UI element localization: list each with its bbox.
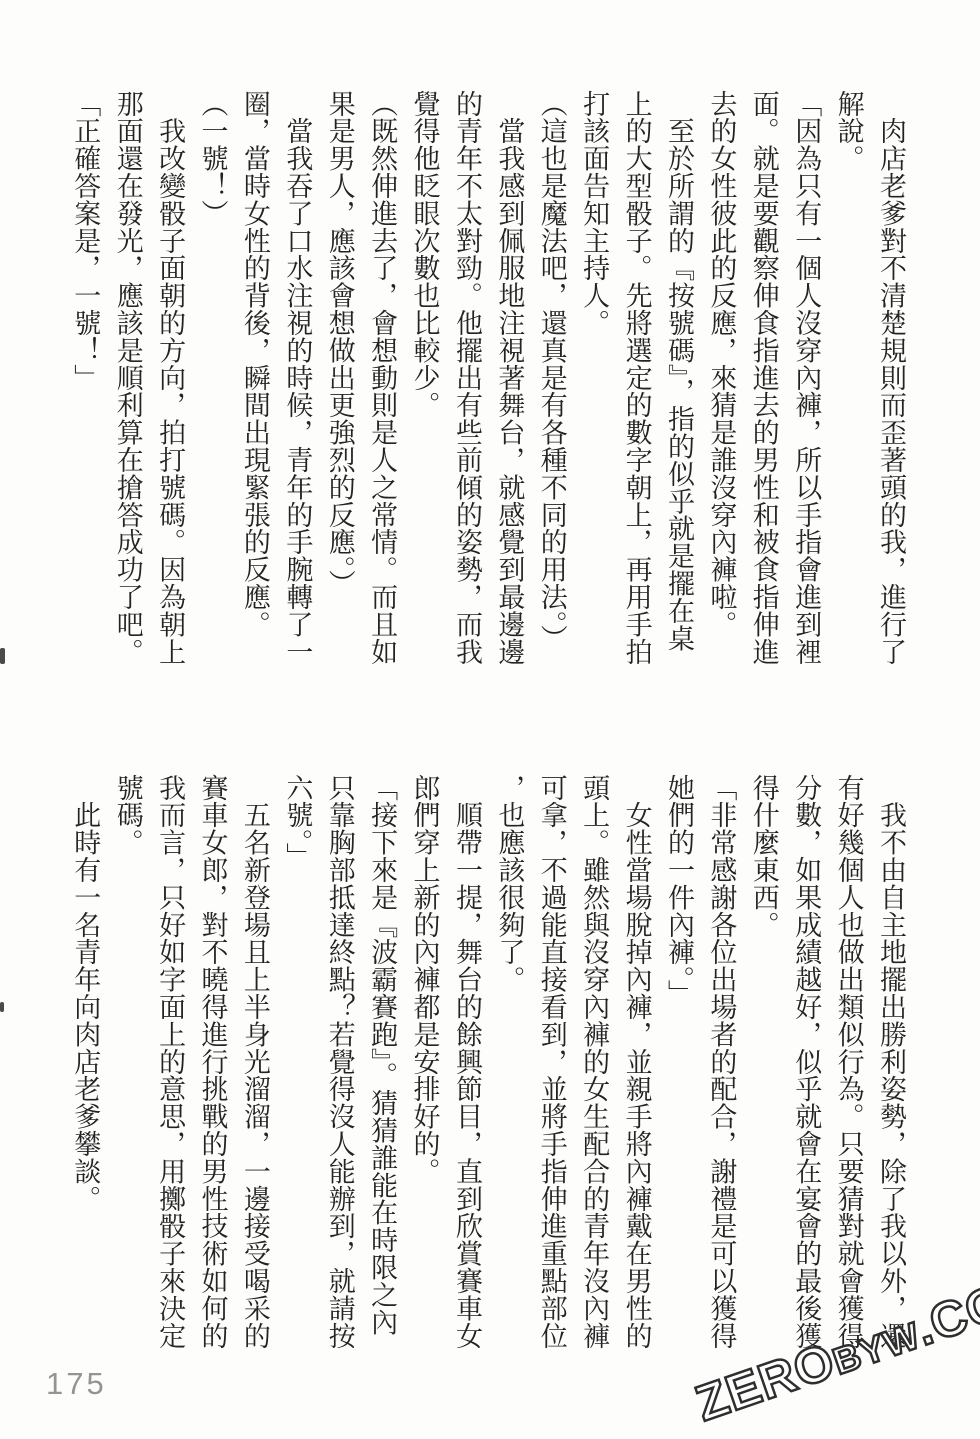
text-column: （既然伸進去了，會想動則是人之常情。而且如 [361, 90, 403, 672]
text-column: 「正確答案是，一號！」 [64, 90, 106, 672]
text-column: 「因為只有一個人沒穿內褲，所以手指會進到裡 [785, 90, 827, 672]
text-column: 六號。」 [276, 774, 318, 1356]
text-column: 她們的一件內褲。」 [658, 774, 700, 1356]
text-column: 賽車女郎，對不曉得進行挑戰的男性技術如何的 [191, 774, 233, 1356]
text-column: 圈，當時女性的背後，瞬間出現緊張的反應。 [234, 90, 276, 672]
scan-artifact [0, 1002, 4, 1012]
text-column: （一號！） [191, 90, 233, 672]
text-column: 「接下來是『波霸賽跑』。猜猜誰能在時限之內 [361, 774, 403, 1356]
text-column: 郎們穿上新的內褲都是安排好的。 [403, 774, 445, 1356]
text-column: 「非常感謝各位出場者的配合，謝禮是可以獲得 [700, 774, 742, 1356]
text-column: 五名新登場且上半身光溜溜，一邊接受喝采的 [234, 774, 276, 1356]
text-column: 去的女性彼此的反應，來猜是誰沒穿內褲啦。 [700, 90, 742, 672]
text-column: 解說。 [827, 90, 869, 672]
text-column: 此時有一名青年向肉店老爹攀談。 [64, 774, 106, 1356]
text-column: 的青年不太對勁。他擺出有些前傾的姿勢，而我 [446, 90, 488, 672]
bottom-text-block: 我不由自主地擺出勝利姿勢，除了我以外，還有好幾個人也做出類似行為。只要猜對就會獲… [64, 774, 912, 1356]
text-column: 分數，如果成績越好，似乎就會在宴會的最後獲 [785, 774, 827, 1356]
text-column: 當我感到佩服地注視著舞台，就感覺到最邊邊 [488, 90, 530, 672]
scan-artifact [0, 648, 5, 664]
text-column: 面。就是要觀察伸食指進去的男性和被食指伸進 [742, 90, 784, 672]
page-number: 175 [46, 1366, 107, 1402]
text-column: 我不由自主地擺出勝利姿勢，除了我以外，還 [870, 774, 912, 1356]
text-column: 覺得他眨眼次數也比較少。 [403, 90, 445, 672]
text-column: 至於所謂的『按號碼』，指的似乎就是擺在桌 [658, 90, 700, 672]
text-column: 那面還在發光，應該是順利算在搶答成功了吧。 [106, 90, 148, 672]
text-column: 得什麼東西。 [742, 774, 784, 1356]
book-page: 肉店老爹對不清楚規則而歪著頭的我，進行了解說。「因為只有一個人沒穿內褲，所以手指… [0, 0, 980, 1439]
text-column: 打該面告知主持人。 [573, 90, 615, 672]
text-column: 女性當場脫掉內褲，並親手將內褲戴在男性的 [615, 774, 657, 1356]
text-column: ，也應該很夠了。 [488, 774, 530, 1356]
text-column: 當我吞了口水注視的時候，青年的手腕轉了一 [276, 90, 318, 672]
text-column: 有好幾個人也做出類似行為。只要猜對就會獲得 [827, 774, 869, 1356]
text-column: 果是男人，應該會想做出更強烈的反應。） [318, 90, 360, 672]
text-column: 只靠胸部抵達終點？若覺得沒人能辦到，就請按 [318, 774, 360, 1356]
top-text-block: 肉店老爹對不清楚規則而歪著頭的我，進行了解說。「因為只有一個人沒穿內褲，所以手指… [64, 90, 912, 672]
text-column: 上的大型骰子。先將選定的數字朝上，再用手拍 [615, 90, 657, 672]
text-column: 我而言，只好如字面上的意思，用擲骰子來決定 [149, 774, 191, 1356]
text-column: 號碼。 [106, 774, 148, 1356]
text-column: 我改變骰子面朝的方向，拍打號碼。因為朝上 [149, 90, 191, 672]
text-column: 可拿，不過能直接看到，並將手指伸進重點部位 [530, 774, 572, 1356]
text-column: （這也是魔法吧，還真是有各種不同的用法。） [530, 90, 572, 672]
text-column: 肉店老爹對不清楚規則而歪著頭的我，進行了 [870, 90, 912, 672]
text-column: 順帶一提，舞台的餘興節目，直到欣賞賽車女 [446, 774, 488, 1356]
text-column: 頭上。雖然與沒穿內褲的女生配合的青年沒內褲 [573, 774, 615, 1356]
